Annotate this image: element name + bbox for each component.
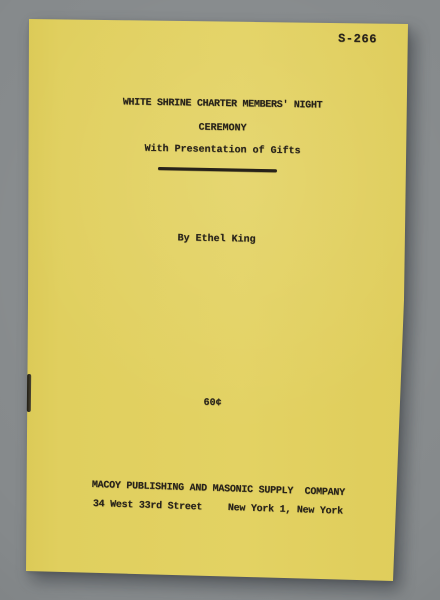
author-line: By Ethel King [105,232,328,248]
photo-scene: S-266 WHITE SHRINE CHARTER MEMBERS' NIGH… [0,0,440,600]
title-line-2: CEREMONY [105,121,340,137]
staple [27,374,31,412]
publisher-line: MACOY PUBLISHING AND MASONIC SUPPLY COMP… [92,480,345,500]
price-label: 60¢ [105,396,320,413]
publisher-city-address: New York 1, New York [228,503,343,519]
catalog-number: S-266 [338,32,377,47]
title-line-1: WHITE SHRINE CHARTER MEMBERS' NIGHT [105,97,340,113]
publisher-street-address: 34 West 33rd Street [93,499,203,514]
cover-text-layer: S-266 WHITE SHRINE CHARTER MEMBERS' NIGH… [0,0,440,600]
subtitle-line: With Presentation of Gifts [105,143,340,159]
title-underline-rule [158,167,277,172]
